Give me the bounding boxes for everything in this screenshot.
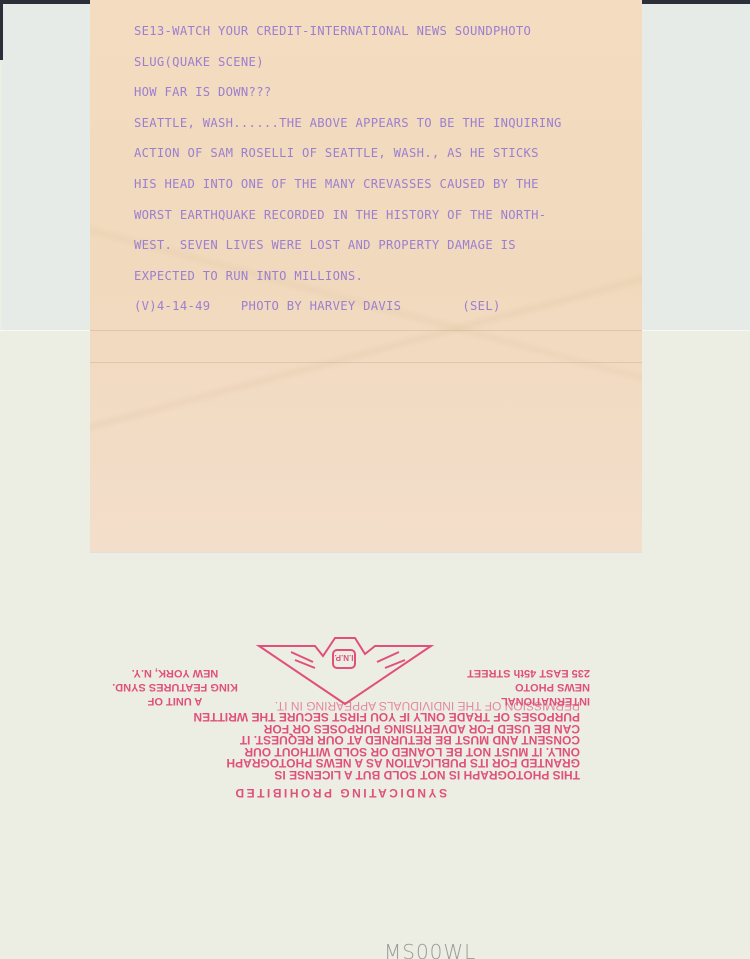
caption-line: WEST. SEVEN LIVES WERE LOST AND PROPERTY… bbox=[134, 234, 654, 265]
svg-text:I.N.P.: I.N.P. bbox=[335, 653, 354, 662]
caption-dateline: (V)4-14-49 PHOTO BY HARVEY DAVIS (SEL) bbox=[134, 295, 654, 326]
caption-line: HOW FAR IS DOWN??? bbox=[134, 81, 654, 112]
copyright-stamp: SYNDICATING PROHIBITED THIS PHOTOGRAPH I… bbox=[90, 618, 590, 808]
stamp-parent-line: A UNIT OF bbox=[95, 694, 255, 708]
scanner-edge-left bbox=[0, 0, 3, 959]
fold-line bbox=[90, 362, 642, 363]
caption-sheet: SE13-WATCH YOUR CREDIT-INTERNATIONAL NEW… bbox=[90, 0, 642, 552]
stamp-line: ONLY. IT MUST NOT BE LOANED OR SOLD WITH… bbox=[110, 746, 580, 758]
stamp-line: CAN BE USED FOR ADVERTISING PURPOSES OR … bbox=[110, 723, 580, 735]
caption-line: WORST EARTHQUAKE RECORDED IN THE HISTORY… bbox=[134, 204, 654, 235]
stamp-parent-company: A UNIT OF KING FEATURES SYND. NEW YORK, … bbox=[95, 666, 255, 708]
caption-line: HIS HEAD INTO ONE OF THE MANY CREVASSES … bbox=[134, 173, 654, 204]
stamp-agency-address: INTERNATIONAL NEWS PHOTO 235 EAST 45th S… bbox=[430, 666, 590, 708]
stamp-parent-line: NEW YORK, N.Y. bbox=[95, 666, 255, 680]
caption-line: EXPECTED TO RUN INTO MILLIONS. bbox=[134, 265, 654, 296]
caption-line: SEATTLE, WASH......THE ABOVE APPEARS TO … bbox=[134, 112, 654, 143]
caption-line: SLUG(QUAKE SCENE) bbox=[134, 51, 654, 82]
stamp-agency-line: 235 EAST 45th STREET bbox=[430, 666, 590, 680]
stamp-body: THIS PHOTOGRAPH IS NOT SOLD BUT A LICENS… bbox=[110, 700, 580, 781]
stamp-heading: SYNDICATING PROHIBITED bbox=[90, 786, 590, 800]
caption-text: SE13-WATCH YOUR CREDIT-INTERNATIONAL NEW… bbox=[134, 20, 654, 326]
stamp-line: THIS PHOTOGRAPH IS NOT SOLD BUT A LICENS… bbox=[110, 769, 580, 781]
pencil-archive-note: MS00WL bbox=[384, 940, 476, 959]
stamp-agency-line: INTERNATIONAL bbox=[430, 694, 590, 708]
stamp-agency-line: NEWS PHOTO bbox=[430, 680, 590, 694]
caption-line: ACTION OF SAM ROSELLI OF SEATTLE, WASH.,… bbox=[134, 142, 654, 173]
caption-line: SE13-WATCH YOUR CREDIT-INTERNATIONAL NEW… bbox=[134, 20, 654, 51]
inp-globe-logo-icon: I.N.P. bbox=[255, 628, 435, 708]
stamp-parent-line: KING FEATURES SYND. bbox=[95, 680, 255, 694]
fold-line bbox=[90, 330, 642, 331]
